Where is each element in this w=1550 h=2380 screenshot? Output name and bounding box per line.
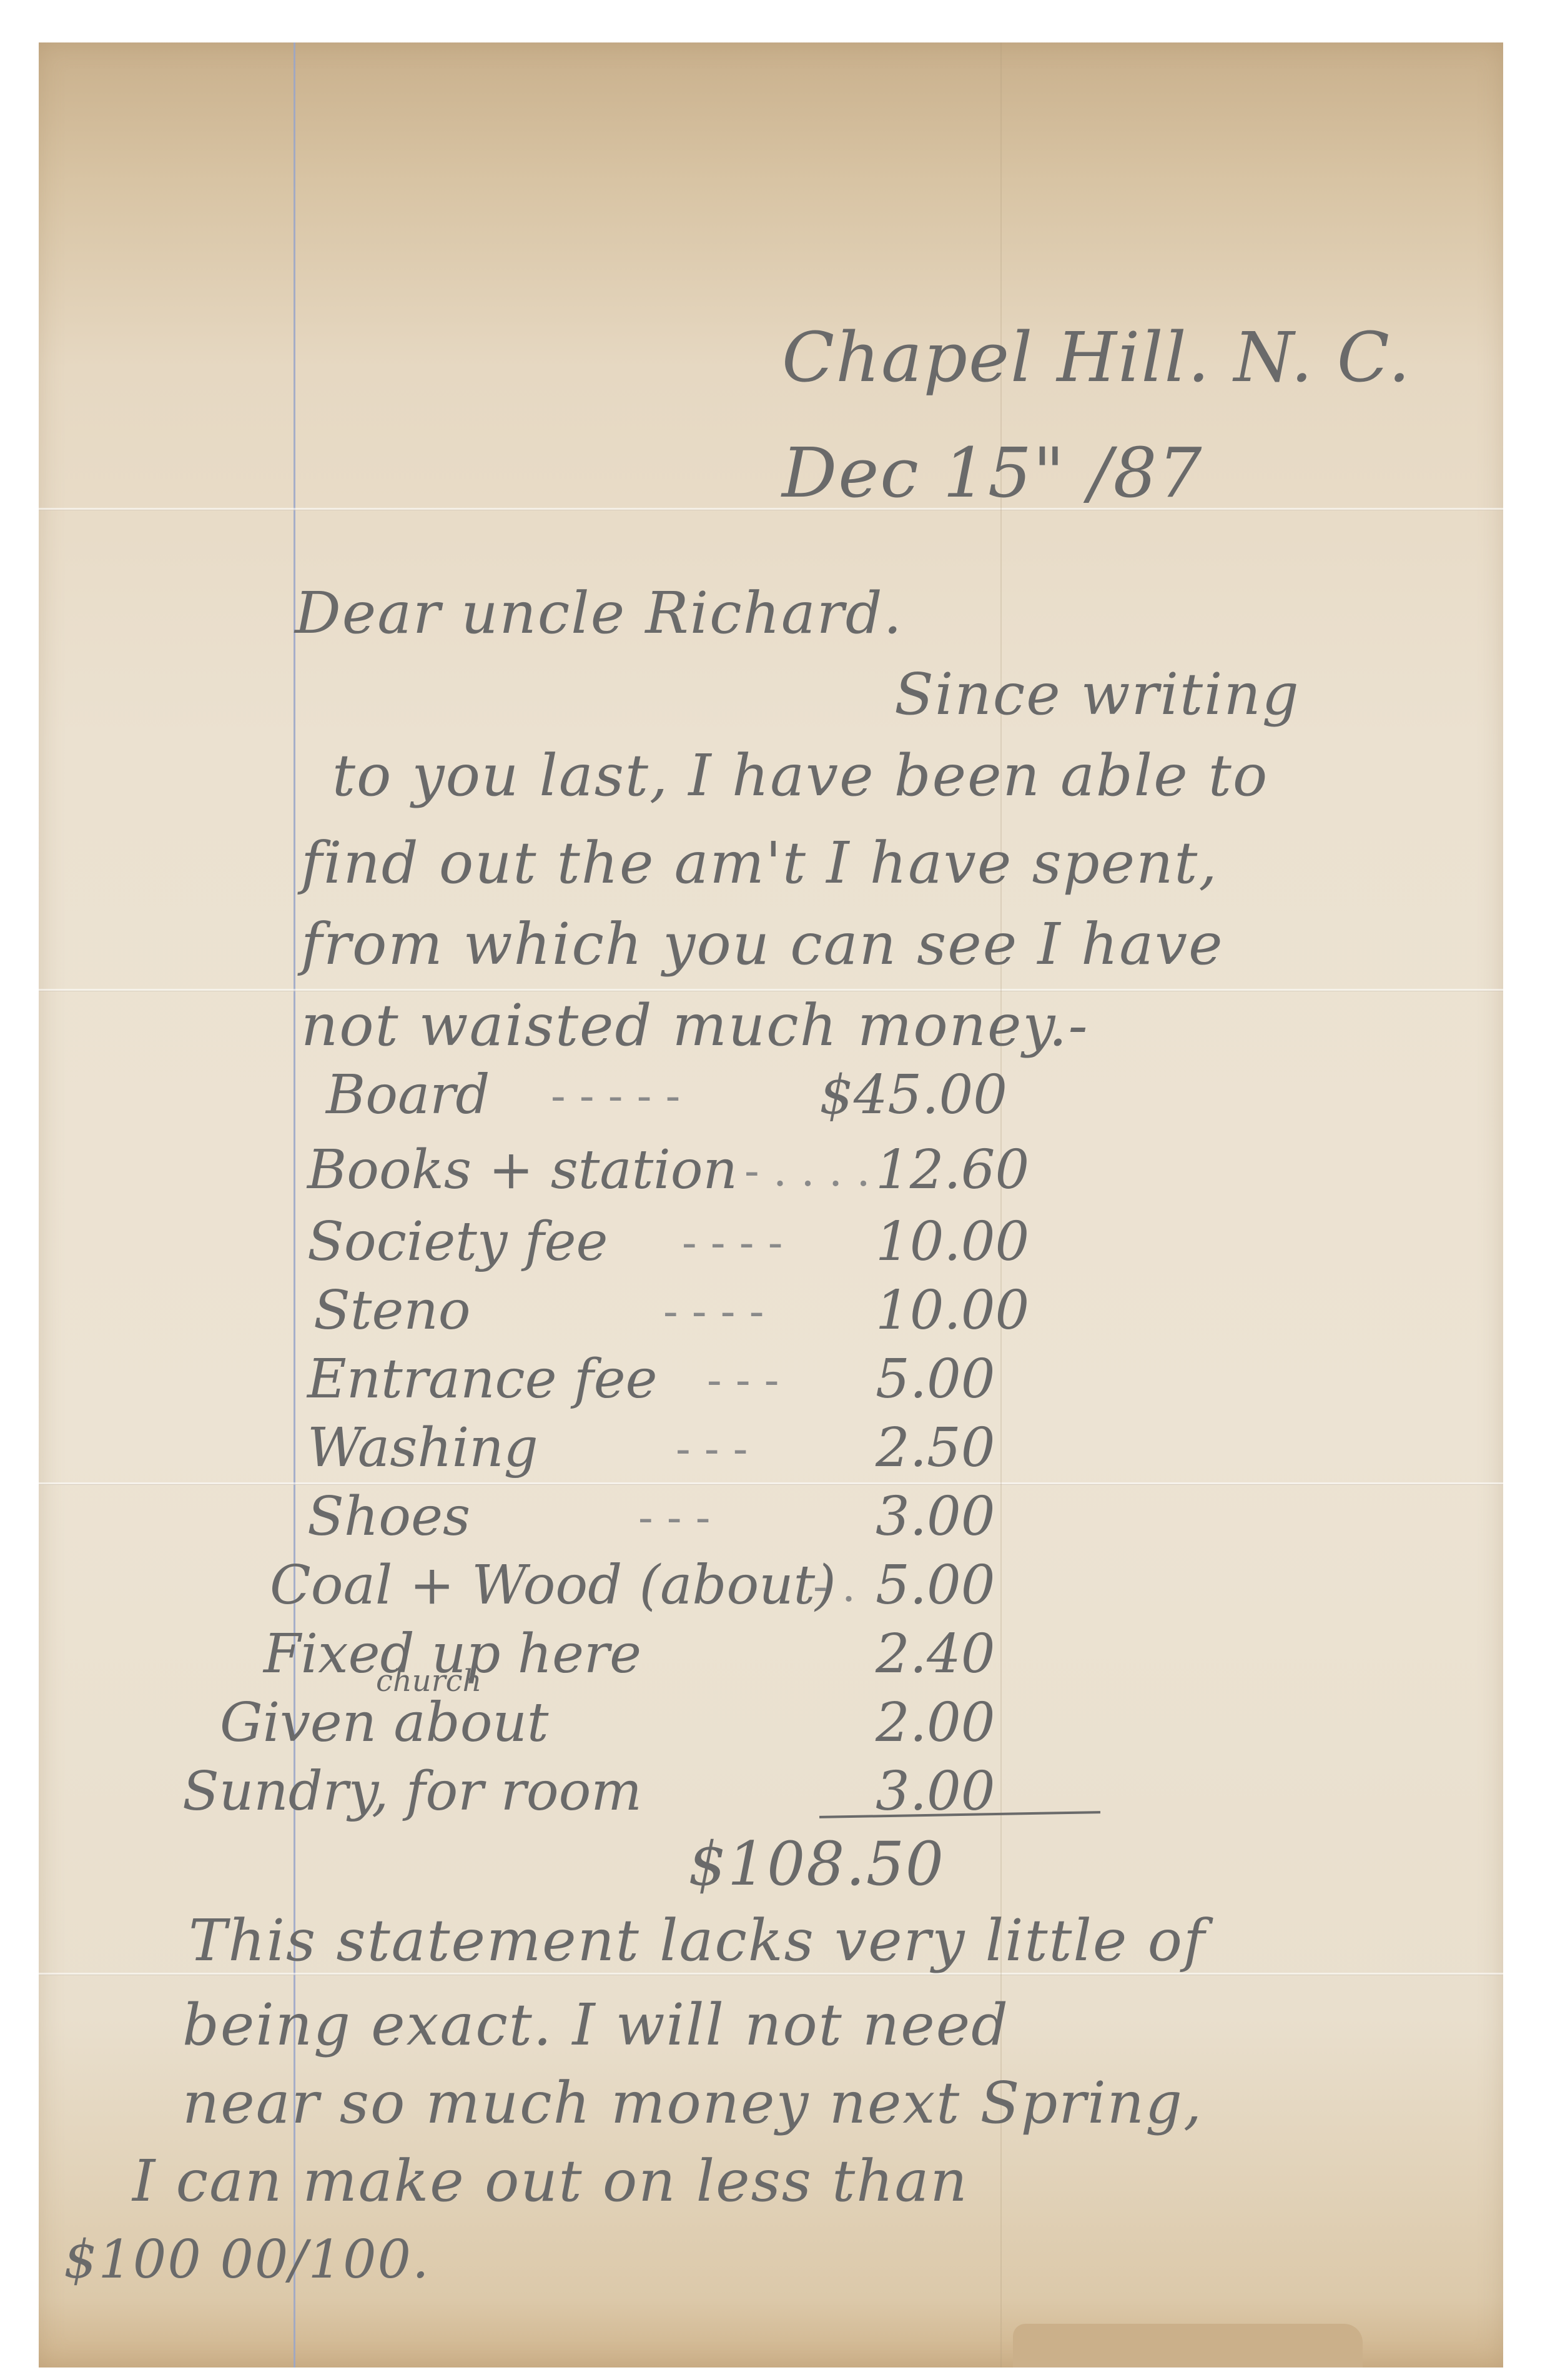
expense-row: Steno - - - - 10.00 [39, 1279, 1503, 1354]
date-heading: Dec 15" /87 [782, 433, 1203, 513]
expense-row: Given about 2.00 [39, 1692, 1503, 1767]
closing-line-4: I can make out on less than [132, 2148, 969, 2214]
expense-row: Entrance fee - - - 5.00 [39, 1348, 1503, 1423]
expense-total: $108.50 [688, 1829, 945, 1899]
expense-row: Coal + Wood (about) - . 5.00 [39, 1554, 1503, 1629]
body-line-5: not waisted much money.- [301, 992, 1089, 1059]
torn-edge [1013, 2324, 1363, 2368]
expense-row: Sundry, for room 3.00 [39, 1760, 1503, 1835]
body-line-3: find out the am't I have spent, [301, 830, 1218, 896]
body-line-1: Since writing [894, 661, 1300, 728]
expense-row: Shoes - - - 3.00 [39, 1485, 1503, 1560]
letter-paper: Chapel Hill. N. C. Dec 15" /87 Dear uncl… [39, 42, 1503, 2368]
expense-row: Fixed up here 2.40 [39, 1623, 1503, 1698]
final-amount: $100 00/100. [64, 2229, 430, 2290]
fold-crease [39, 989, 1503, 991]
salutation: Dear uncle Richard. [295, 580, 903, 647]
body-line-2: to you last, I have been able to [332, 742, 1268, 809]
expense-row: Board - - - - - $45.00 [39, 1064, 1503, 1139]
fold-crease [39, 508, 1503, 510]
closing-line-1: This statement lacks very little of [189, 1907, 1206, 1974]
closing-line-2: being exact. I will not need [182, 1991, 1009, 2058]
place-heading: Chapel Hill. N. C. [782, 317, 1411, 397]
closing-line-3: near so much money next Spring, [182, 2070, 1203, 2136]
expense-row: Washing - - - 2.50 [39, 1417, 1503, 1492]
body-line-4: from which you can see I have [301, 911, 1224, 978]
expense-row: Society fee - - - - 10.00 [39, 1211, 1503, 1286]
expense-row: Books + station - . . . . 12.60 [39, 1139, 1503, 1214]
